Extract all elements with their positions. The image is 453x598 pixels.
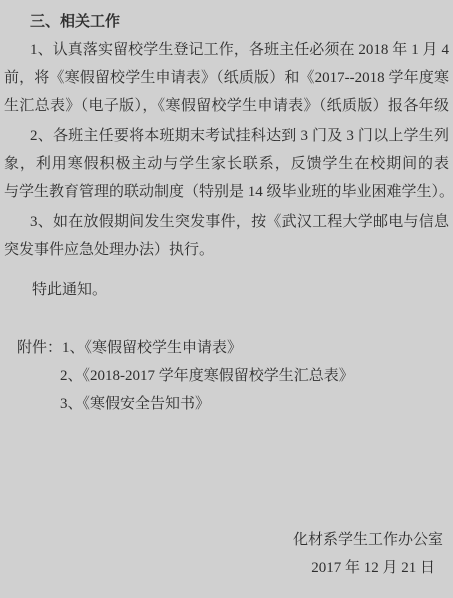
paragraph-3-line-1: 3、如在放假期间发生突发事件，按《武汉工程大学邮电与信息工程学院学生: [4, 208, 449, 236]
paragraph-2-line-3: 与学生教育管理的联动制度（特别是 14 级毕业班的毕业困难学生）。: [4, 178, 449, 206]
signature-block: 化材系学生工作办公室 2017 年 12 月 21 日: [4, 526, 449, 582]
attachment-item-1: 附件：1、《寒假留校学生申请表》: [17, 334, 449, 362]
attachment-item-2: 2、《2018-2017 学年度寒假留校学生汇总表》: [60, 362, 449, 390]
paragraph-3: 3、如在放假期间发生突发事件，按《武汉工程大学邮电与信息工程学院学生 突发事件应…: [4, 208, 449, 264]
paragraph-1: 1、认真落实留校学生登记工作，各班主任必须在 2018 年 1 月 4 日中午 …: [4, 36, 449, 120]
section-heading: 三、相关工作: [30, 10, 449, 34]
notice-document-page: 三、相关工作 1、认真落实留校学生登记工作，各班主任必须在 2018 年 1 月…: [0, 0, 453, 598]
attachments-list: 附件：1、《寒假留校学生申请表》 2、《2018-2017 学年度寒假留校学生汇…: [4, 334, 449, 418]
paragraph-1-line-3: 生汇总表》（电子版），《寒假留校学生申请表》（纸质版）报各年级组长。: [4, 92, 449, 120]
paragraph-1-line-2: 前，将《寒假留校学生申请表》（纸质版）和《2017--2018 学年度寒假留校学: [4, 64, 449, 92]
paragraph-1-line-1: 1、认真落实留校学生登记工作，各班主任必须在 2018 年 1 月 4 日中午 …: [4, 36, 449, 64]
attachment-item-3: 3、《寒假安全告知书》: [60, 390, 449, 418]
paragraph-2: 2、各班主任要将本班期末考试挂科达到 3 门及 3 门以上学生列为重点关注对 象…: [4, 122, 449, 206]
paragraph-2-line-1: 2、各班主任要将本班期末考试挂科达到 3 门及 3 门以上学生列为重点关注对: [4, 122, 449, 150]
signature-date: 2017 年 12 月 21 日: [4, 554, 449, 582]
notice-statement: 特此通知。: [32, 276, 449, 304]
paragraph-2-line-2: 象，利用寒假积极主动与学生家长联系，反馈学生在校期间的表现，加强家长参: [4, 150, 449, 178]
paragraph-3-line-2: 突发事件应急处理办法）执行。: [4, 236, 449, 264]
signature-office: 化材系学生工作办公室: [4, 526, 449, 554]
